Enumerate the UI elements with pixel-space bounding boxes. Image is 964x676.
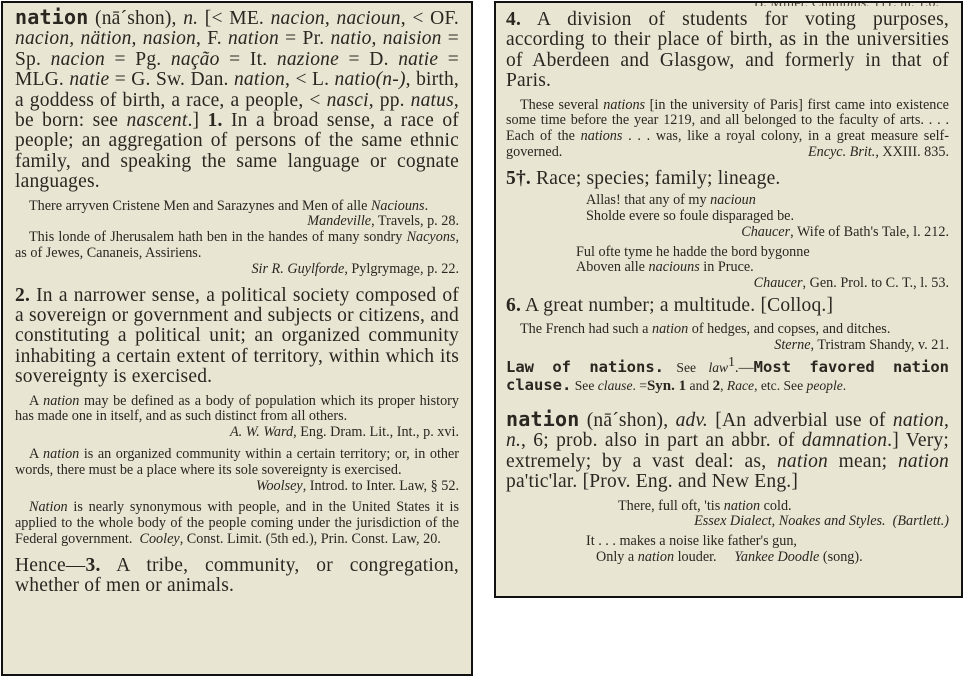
quotation: This londe of Jherusalem hath ben in the… xyxy=(15,230,459,277)
citation: Woolsey, Introd. to Inter. Law, § 52. xyxy=(15,479,459,495)
citation: Mandeville, Travels, p. 28. xyxy=(293,214,459,230)
citation: Essex Dialect, Noakes and Styles. (Bartl… xyxy=(506,514,949,530)
headword: nation xyxy=(506,407,579,431)
citation: A. W. Ward, Eng. Dram. Lit., Int., p. xv… xyxy=(15,425,459,441)
clipped-citation: B. Miller, Chimpins, 111. m. 1.0. xyxy=(506,1,949,6)
verse-quotation: There, full oft, 'tis nation cold. xyxy=(506,499,949,515)
verse-quotation: It . . . makes a noise like father's gun… xyxy=(506,534,949,566)
part-of-speech: n. xyxy=(183,8,198,29)
dictionary-column-left: nation (nā´shon), n. [< ME. nacion, naci… xyxy=(1,1,473,676)
citation: Sir R. Guylforde, Pylgrymage, p. 22. xyxy=(15,262,459,278)
pronunciation: (nā´shon), xyxy=(88,8,183,29)
quotation: There arryven Cristene Men and Sarazynes… xyxy=(15,199,459,215)
citation: Chaucer, Wife of Bath's Tale, l. 212. xyxy=(506,225,949,241)
entry-nation-adverb: nation (nā´shon), adv. [An adverbial use… xyxy=(506,409,949,493)
sense-5: 5†. Race; species; family; lineage. xyxy=(506,169,949,189)
quotation: A nation may be defined as a body of pop… xyxy=(15,394,459,441)
sense-2: 2. In a narrower sense, a political soci… xyxy=(15,286,459,388)
sense-4: 4. A division of students for voting pur… xyxy=(506,10,949,92)
phrases-and-synonyms: Law of nations. See law1.—Most favored n… xyxy=(506,354,949,394)
sense-3: Hence—3. A tribe, community, or congrega… xyxy=(15,556,459,597)
quotation: Nation is nearly synonymous with people,… xyxy=(15,500,459,547)
verse-quotation: Allas! that any of my nacioun Sholde eve… xyxy=(506,193,949,225)
entry-nation-noun: nation (nā´shon), n. [< ME. nacion, naci… xyxy=(15,7,459,193)
citation: Sterne, Tristram Shandy, v. 21. xyxy=(760,338,949,354)
headword: nation xyxy=(15,5,88,29)
quotation: A nation is an organized community withi… xyxy=(15,447,459,494)
quotation: These several nations [in the university… xyxy=(506,98,949,161)
sense-6: 6. A great number; a multitude. [Colloq.… xyxy=(506,296,949,316)
sense-number-1: 1. xyxy=(208,110,223,131)
dictionary-column-right: B. Miller, Chimpins, 111. m. 1.0. 4. A d… xyxy=(494,1,963,598)
verse-quotation: Ful ofte tyme he hadde the bord bygonne … xyxy=(506,245,949,277)
citation: Chaucer, Gen. Prol. to C. T., l. 53. xyxy=(506,276,949,292)
quotation: The French had such a nation of hedges, … xyxy=(506,322,949,338)
citation: Encyc. Brit., XXIII. 835. xyxy=(794,145,949,161)
citation: Cooley, Const. Limit. (5th ed.), Prin. C… xyxy=(140,531,441,547)
